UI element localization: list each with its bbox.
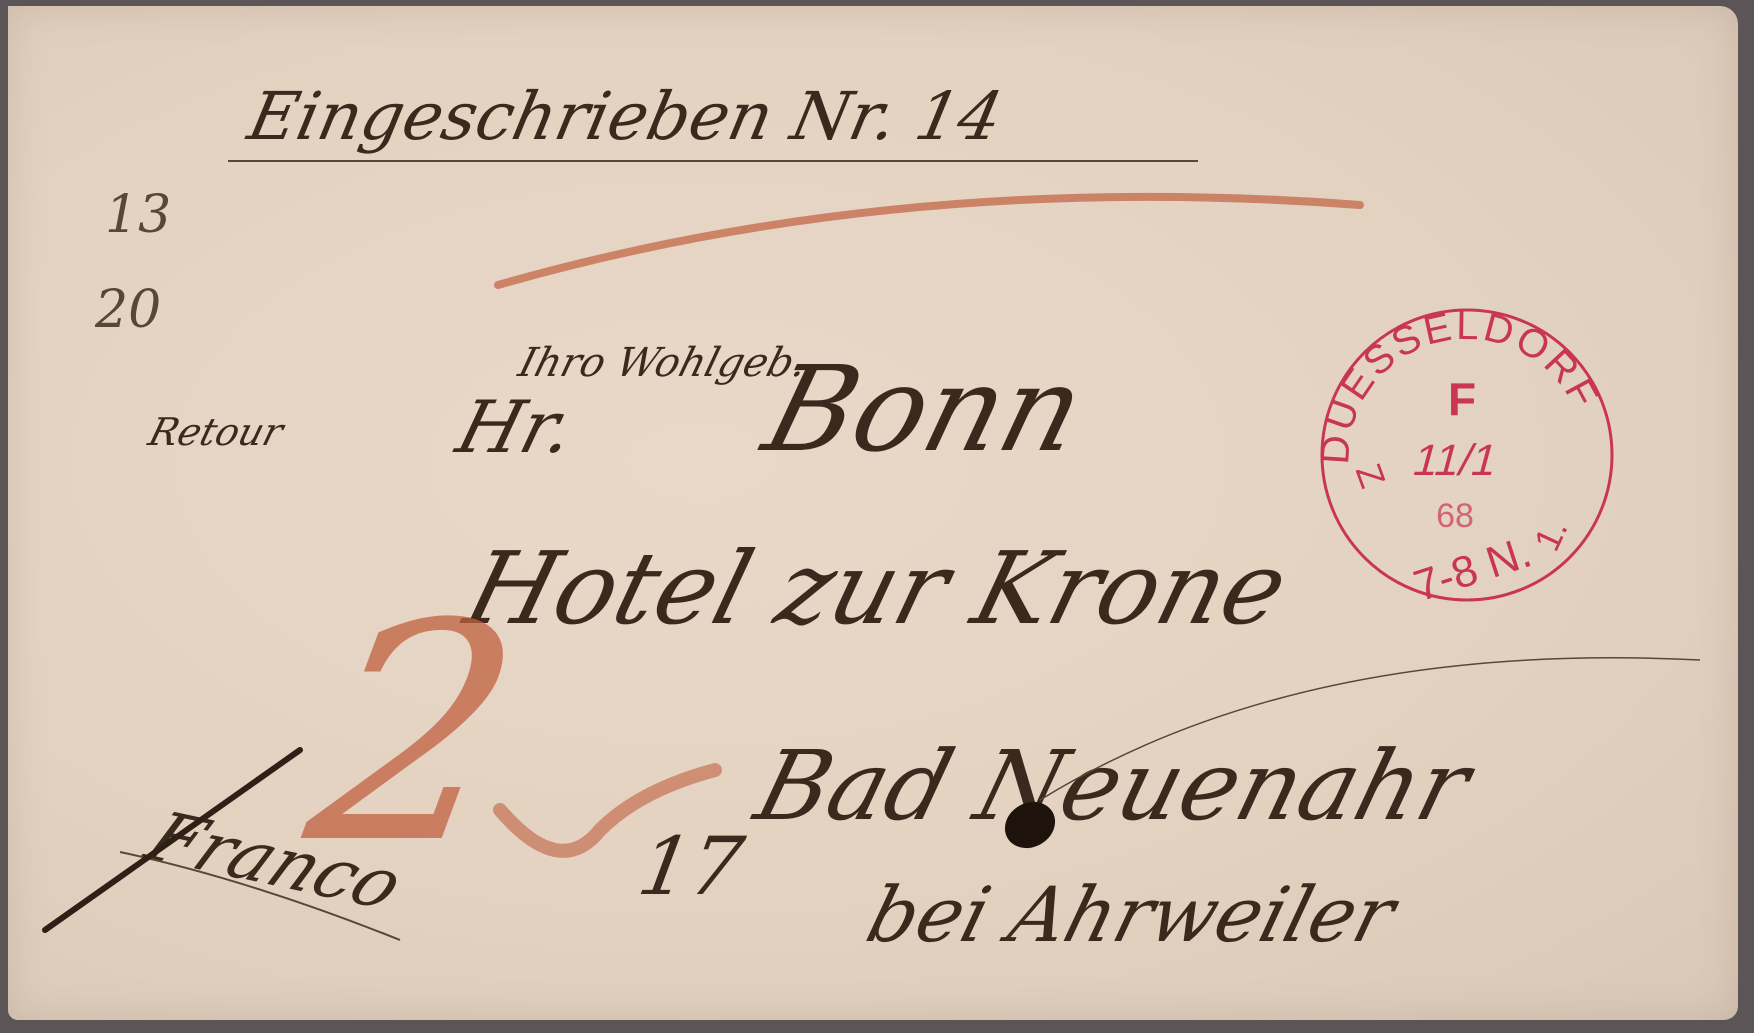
markings-layer: DUESSELDORF F 11/1 68 7-8 N. Z 1. <box>0 0 1754 1033</box>
svg-text:68: 68 <box>1436 497 1474 535</box>
svg-text:F: F <box>1448 373 1476 425</box>
postmark: DUESSELDORF F 11/1 68 7-8 N. Z 1. <box>1313 304 1612 611</box>
svg-text:11/1: 11/1 <box>1408 436 1504 485</box>
svg-text:1.: 1. <box>1526 512 1576 557</box>
